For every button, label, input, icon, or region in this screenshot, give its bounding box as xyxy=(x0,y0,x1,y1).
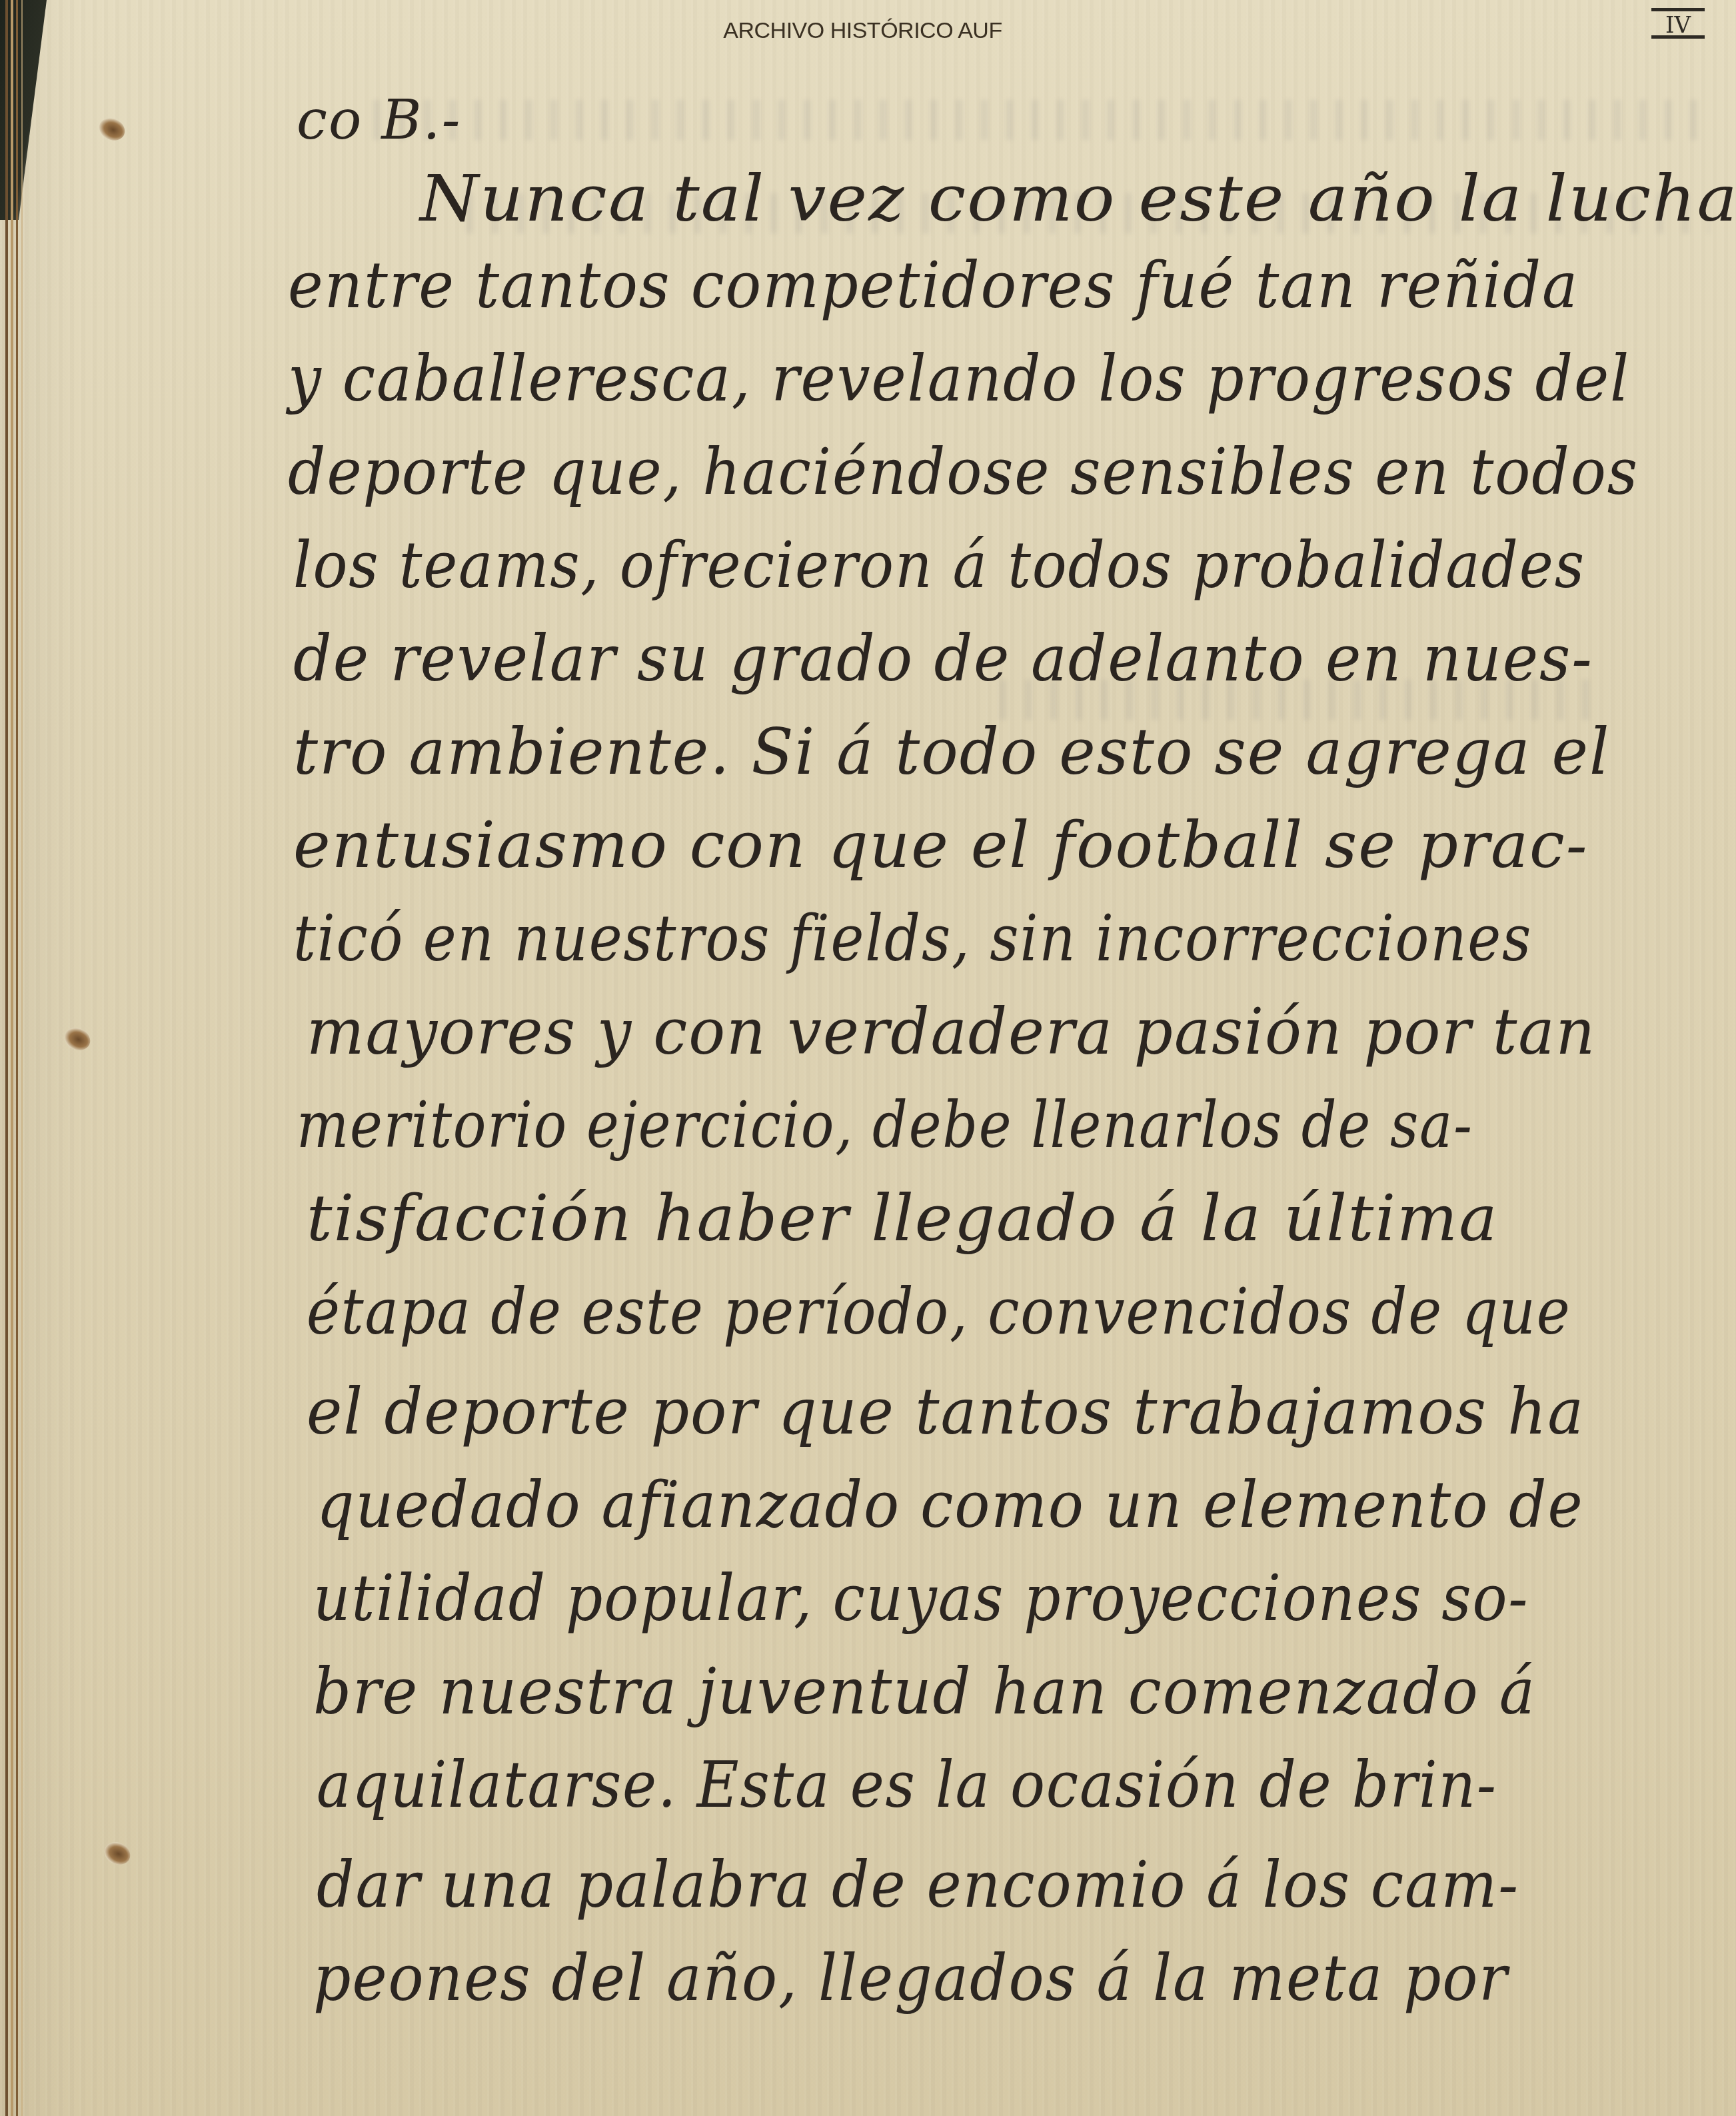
page-edge xyxy=(21,0,23,2116)
manuscript-line: Nunca tal vez como este año la lucha xyxy=(420,167,1736,231)
manuscript-line: y caballeresca, revelando los progresos … xyxy=(288,347,1630,411)
binding-hole-icon xyxy=(95,114,129,145)
manuscript-line: meritorio ejercicio, debe llenarlos de s… xyxy=(297,1093,1473,1157)
manuscript-line: tisfacción haber llegado á la última xyxy=(307,1186,1498,1250)
page-edge xyxy=(11,0,13,2116)
manuscript-line: peones del año, llegados á la meta por xyxy=(313,1946,1508,2010)
manuscript-line: utilidad popular, cuyas proyecciones so- xyxy=(313,1566,1529,1630)
manuscript-line: tro ambiente. Si á todo esto se agrega e… xyxy=(293,720,1610,784)
manuscript-line: quedado afianzado como un elemento de xyxy=(317,1473,1584,1537)
manuscript-page: ARCHIVO HISTÓRICO AUF IV co B.- Nunca ta… xyxy=(0,0,1736,2116)
manuscript-line: mayores y con verdadera pasión por tan xyxy=(307,1000,1596,1064)
manuscript-line: entusiasmo con que el football se prac- xyxy=(293,813,1588,877)
manuscript-line: deporte que, haciéndose sensibles en tod… xyxy=(288,440,1639,504)
binding-hole-icon xyxy=(101,1838,134,1869)
manuscript-line: el deporte por que tantos trabajamos ha xyxy=(307,1380,1585,1444)
manuscript-line: ticó en nuestros fields, sin incorreccio… xyxy=(293,906,1532,970)
binding-hole-icon xyxy=(61,1024,94,1054)
manuscript-line: étapa de este período, convencidos de qu… xyxy=(307,1280,1571,1344)
manuscript-line: entre tantos competidores fué tan reñida xyxy=(288,253,1579,317)
bleed-through-text xyxy=(373,100,1709,140)
page-edge xyxy=(5,0,8,2116)
archive-watermark: ARCHIVO HISTÓRICO AUF xyxy=(0,18,1731,44)
page-number: IV xyxy=(1651,8,1705,39)
manuscript-line: los teams, ofrecieron á todos probalidad… xyxy=(293,533,1585,597)
book-spine xyxy=(0,0,60,2116)
page-edge xyxy=(16,0,18,2116)
manuscript-line: de revelar su grado de adelanto en nues- xyxy=(293,626,1593,690)
manuscript-line: co B.- xyxy=(297,93,461,148)
manuscript-line: dar una palabra de encomio á los cam- xyxy=(317,1853,1519,1917)
manuscript-line: aquilatarse. Esta es la ocasión de brin- xyxy=(317,1753,1497,1817)
manuscript-line: bre nuestra juventud han comenzado á xyxy=(313,1659,1536,1723)
